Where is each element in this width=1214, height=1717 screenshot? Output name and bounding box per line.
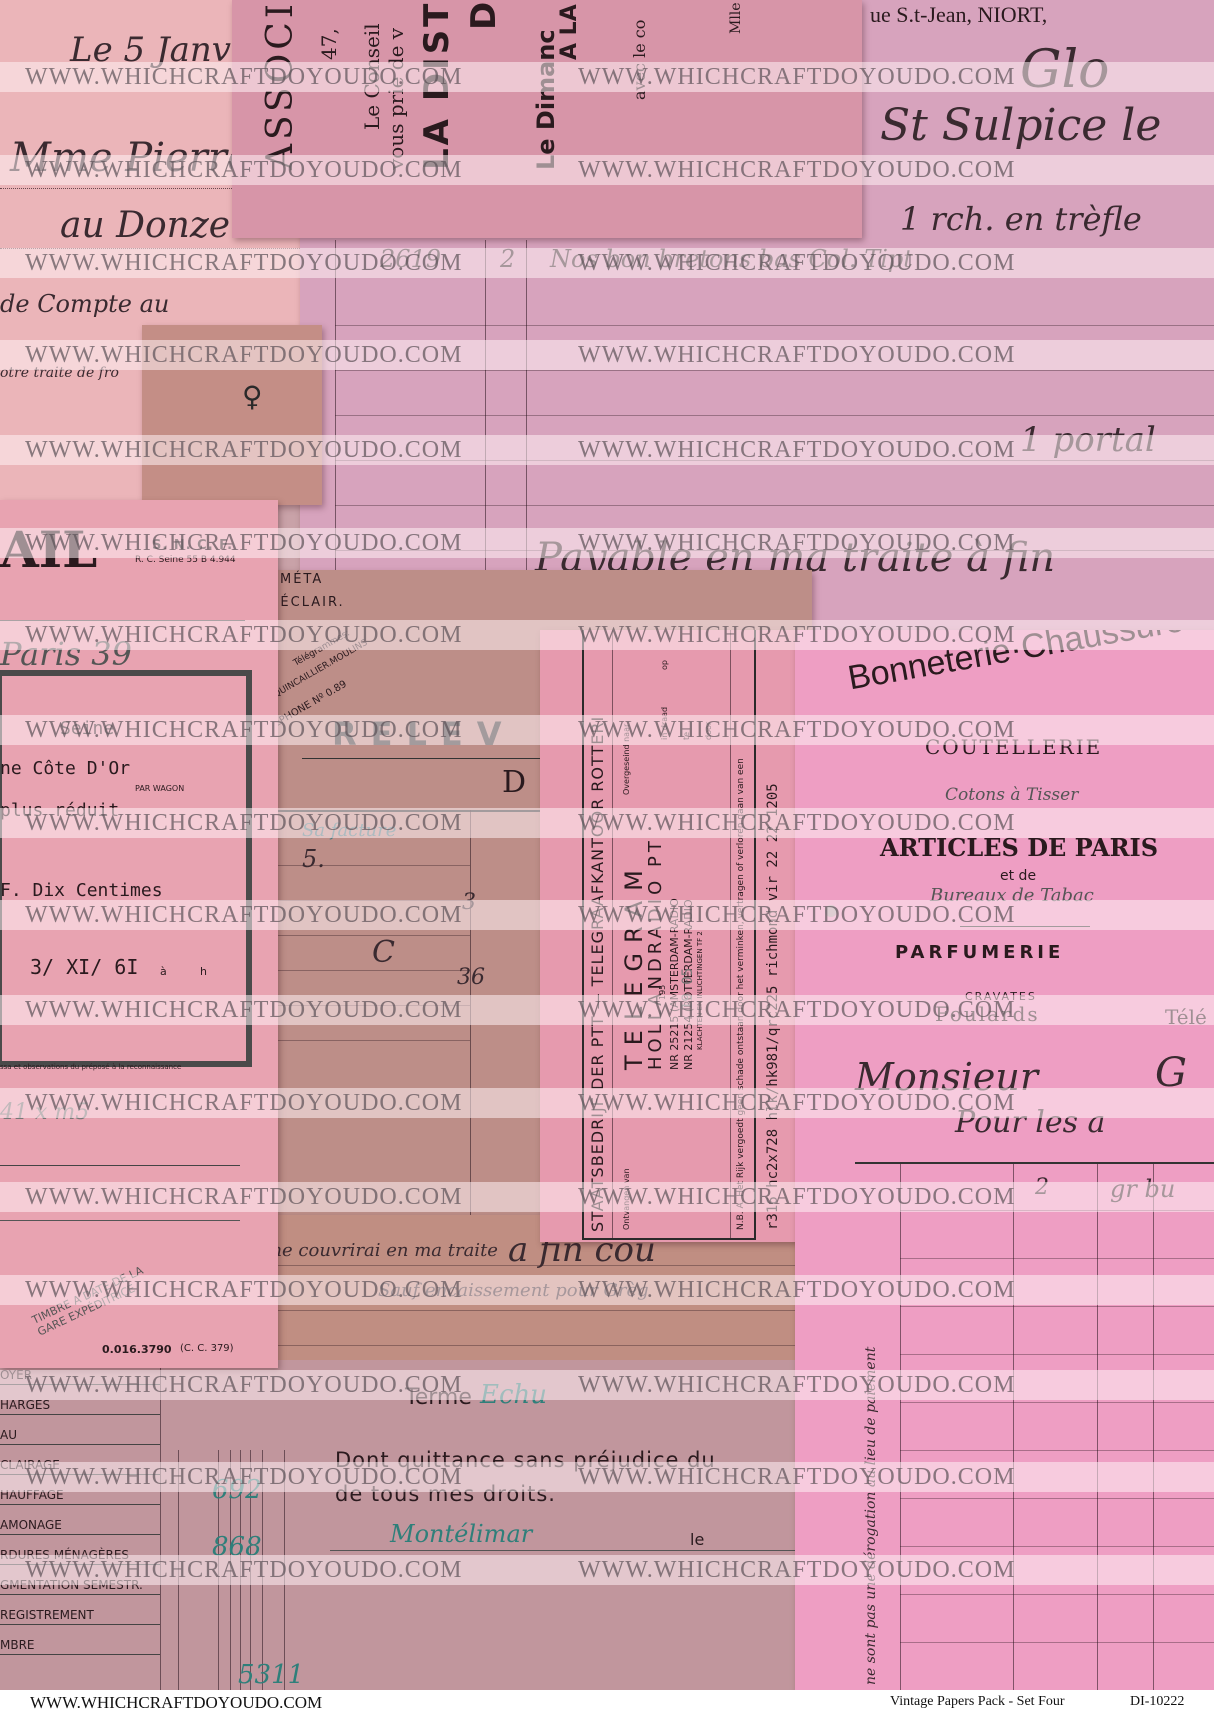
watermark-band: WWW.WHICHCRAFTDOYOUDO.COMWWW.WHICHCRAFTD…: [0, 1555, 1214, 1585]
watermark-text: WWW.WHICHCRAFTDOYOUDO.COM: [25, 1557, 462, 1584]
watermark-text: WWW.WHICHCRAFTDOYOUDO.COM: [25, 997, 462, 1024]
watermark-layer: WWW.WHICHCRAFTDOYOUDO.COMWWW.WHICHCRAFTD…: [0, 0, 1214, 1690]
watermark-text: WWW.WHICHCRAFTDOYOUDO.COM: [25, 1090, 462, 1117]
watermark-text: WWW.WHICHCRAFTDOYOUDO.COM: [25, 157, 462, 184]
watermark-text: WWW.WHICHCRAFTDOYOUDO.COM: [25, 1277, 462, 1304]
watermark-text: WWW.WHICHCRAFTDOYOUDO.COM: [578, 997, 1015, 1024]
watermark-text: WWW.WHICHCRAFTDOYOUDO.COM: [25, 250, 462, 277]
watermark-band: WWW.WHICHCRAFTDOYOUDO.COMWWW.WHICHCRAFTD…: [0, 340, 1214, 370]
footer-product: Vintage Papers Pack - Set Four: [890, 1694, 1065, 1710]
watermark-text: WWW.WHICHCRAFTDOYOUDO.COM: [578, 1372, 1015, 1399]
footer-code: DI-10222: [1130, 1694, 1184, 1710]
watermark-text: WWW.WHICHCRAFTDOYOUDO.COM: [578, 902, 1015, 929]
watermark-text: WWW.WHICHCRAFTDOYOUDO.COM: [578, 1184, 1015, 1211]
watermark-band: WWW.WHICHCRAFTDOYOUDO.COMWWW.WHICHCRAFTD…: [0, 1088, 1214, 1118]
watermark-text: WWW.WHICHCRAFTDOYOUDO.COM: [578, 64, 1015, 91]
watermark-text: WWW.WHICHCRAFTDOYOUDO.COM: [578, 157, 1015, 184]
watermark-text: WWW.WHICHCRAFTDOYOUDO.COM: [578, 437, 1015, 464]
watermark-text: WWW.WHICHCRAFTDOYOUDO.COM: [25, 1464, 462, 1491]
watermark-text: WWW.WHICHCRAFTDOYOUDO.COM: [25, 530, 462, 557]
watermark-band: WWW.WHICHCRAFTDOYOUDO.COMWWW.WHICHCRAFTD…: [0, 1370, 1214, 1400]
watermark-band: WWW.WHICHCRAFTDOYOUDO.COMWWW.WHICHCRAFTD…: [0, 995, 1214, 1025]
watermark-band: WWW.WHICHCRAFTDOYOUDO.COMWWW.WHICHCRAFTD…: [0, 715, 1214, 745]
watermark-text: WWW.WHICHCRAFTDOYOUDO.COM: [25, 1372, 462, 1399]
watermark-text: WWW.WHICHCRAFTDOYOUDO.COM: [578, 622, 1015, 649]
watermark-text: WWW.WHICHCRAFTDOYOUDO.COM: [578, 810, 1015, 837]
watermark-band: WWW.WHICHCRAFTDOYOUDO.COMWWW.WHICHCRAFTD…: [0, 155, 1214, 185]
watermark-band: WWW.WHICHCRAFTDOYOUDO.COMWWW.WHICHCRAFTD…: [0, 620, 1214, 650]
watermark-text: WWW.WHICHCRAFTDOYOUDO.COM: [578, 1277, 1015, 1304]
watermark-band: WWW.WHICHCRAFTDOYOUDO.COMWWW.WHICHCRAFTD…: [0, 1182, 1214, 1212]
watermark-text: WWW.WHICHCRAFTDOYOUDO.COM: [578, 1090, 1015, 1117]
watermark-text: WWW.WHICHCRAFTDOYOUDO.COM: [25, 437, 462, 464]
watermark-text: WWW.WHICHCRAFTDOYOUDO.COM: [25, 717, 462, 744]
watermark-band: WWW.WHICHCRAFTDOYOUDO.COMWWW.WHICHCRAFTD…: [0, 1275, 1214, 1305]
watermark-text: WWW.WHICHCRAFTDOYOUDO.COM: [25, 902, 462, 929]
watermark-text: WWW.WHICHCRAFTDOYOUDO.COM: [25, 64, 462, 91]
watermark-band: WWW.WHICHCRAFTDOYOUDO.COMWWW.WHICHCRAFTD…: [0, 62, 1214, 92]
watermark-band: WWW.WHICHCRAFTDOYOUDO.COMWWW.WHICHCRAFTD…: [0, 248, 1214, 278]
watermark-text: WWW.WHICHCRAFTDOYOUDO.COM: [578, 530, 1015, 557]
watermark-text: WWW.WHICHCRAFTDOYOUDO.COM: [578, 1557, 1015, 1584]
watermark-text: WWW.WHICHCRAFTDOYOUDO.COM: [25, 810, 462, 837]
watermark-band: WWW.WHICHCRAFTDOYOUDO.COMWWW.WHICHCRAFTD…: [0, 528, 1214, 558]
watermark-text: WWW.WHICHCRAFTDOYOUDO.COM: [578, 250, 1015, 277]
watermark-text: WWW.WHICHCRAFTDOYOUDO.COM: [25, 1184, 462, 1211]
watermark-text: WWW.WHICHCRAFTDOYOUDO.COM: [578, 1464, 1015, 1491]
watermark-band: WWW.WHICHCRAFTDOYOUDO.COMWWW.WHICHCRAFTD…: [0, 808, 1214, 838]
watermark-band: WWW.WHICHCRAFTDOYOUDO.COMWWW.WHICHCRAFTD…: [0, 435, 1214, 465]
footer-bar: WWW.WHICHCRAFTDOYOUDO.COM Vintage Papers…: [0, 1690, 1214, 1717]
watermark-text: WWW.WHICHCRAFTDOYOUDO.COM: [578, 342, 1015, 369]
watermark-text: WWW.WHICHCRAFTDOYOUDO.COM: [578, 717, 1015, 744]
watermark-band: WWW.WHICHCRAFTDOYOUDO.COMWWW.WHICHCRAFTD…: [0, 900, 1214, 930]
watermark-band: WWW.WHICHCRAFTDOYOUDO.COMWWW.WHICHCRAFTD…: [0, 1462, 1214, 1492]
watermark-text: WWW.WHICHCRAFTDOYOUDO.COM: [25, 622, 462, 649]
footer-site: WWW.WHICHCRAFTDOYOUDO.COM: [30, 1693, 322, 1713]
watermark-text: WWW.WHICHCRAFTDOYOUDO.COM: [25, 342, 462, 369]
